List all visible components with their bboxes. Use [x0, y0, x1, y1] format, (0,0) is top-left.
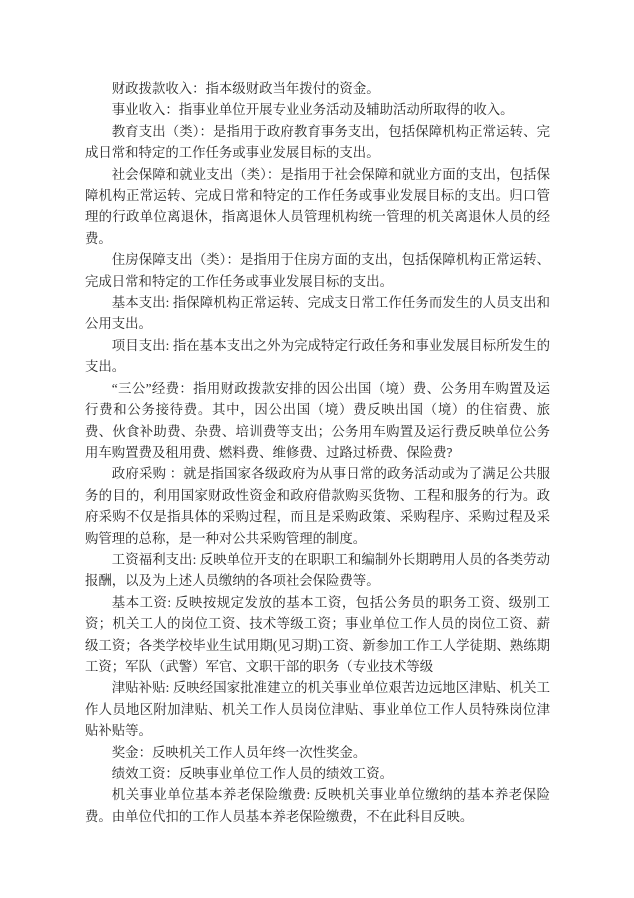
paragraph: 住房保障支出（类）：是指用于住房方面的支出，包括保障机构正常运转、完成日常和特定… — [85, 249, 550, 292]
paragraph: 事业收入：指事业单位开展专业业务活动及辅助活动所取得的收入。 — [85, 99, 550, 120]
document-page: 财政拨款收入：指本级财政当年拨付的资金。事业收入：指事业单位开展专业业务活动及辅… — [0, 0, 634, 898]
paragraph: 项目支出: 指在基本支出之外为完成特定行政任务和事业发展目标所发生的支出。 — [85, 335, 550, 378]
paragraph: 基本工资: 反映按规定发放的基本工资，包括公务员的职务工资、级别工资；机关工人的… — [85, 592, 550, 678]
paragraph: “三公”经费：指用财政拨款安排的因公出国（境）费、公务用车购置及运行费和公务接待… — [85, 378, 550, 464]
paragraph: 奖金：反映机关工作人员年终一次性奖金。 — [85, 742, 550, 763]
paragraph: 社会保障和就业支出（类）：是指用于社会保障和就业方面的支出，包括保障机构正常运转… — [85, 164, 550, 250]
paragraph: 津贴补贴: 反映经国家批准建立的机关事业单位艰苦边远地区津贴、机关工作人员地区附… — [85, 677, 550, 741]
paragraph: 基本支出: 指保障机构正常运转、完成支日常工作任务而发生的人员支出和公用支出。 — [85, 292, 550, 335]
paragraph: 财政拨款收入：指本级财政当年拨付的资金。 — [85, 78, 550, 99]
paragraph: 政府采购 ：就是指国家各级政府为从事日常的政务活动或为了满足公共服务的目的，利用… — [85, 463, 550, 549]
paragraph: 工资福利支出: 反映单位开支的在职职工和编制外长期聘用人员的各类劳动报酬，以及为… — [85, 549, 550, 592]
paragraph: 教育支出（类）：是指用于政府教育事务支出，包括保障机构正常运转、完成日常和特定的… — [85, 121, 550, 164]
paragraph: 绩效工资：反映事业单位工作人员的绩效工资。 — [85, 763, 550, 784]
document-text-block: 财政拨款收入：指本级财政当年拨付的资金。事业收入：指事业单位开展专业业务活动及辅… — [85, 78, 550, 827]
paragraph: 机关事业单位基本养老保险缴费: 反映机关事业单位缴纳的基本养老保险费。由单位代扣… — [85, 784, 550, 827]
